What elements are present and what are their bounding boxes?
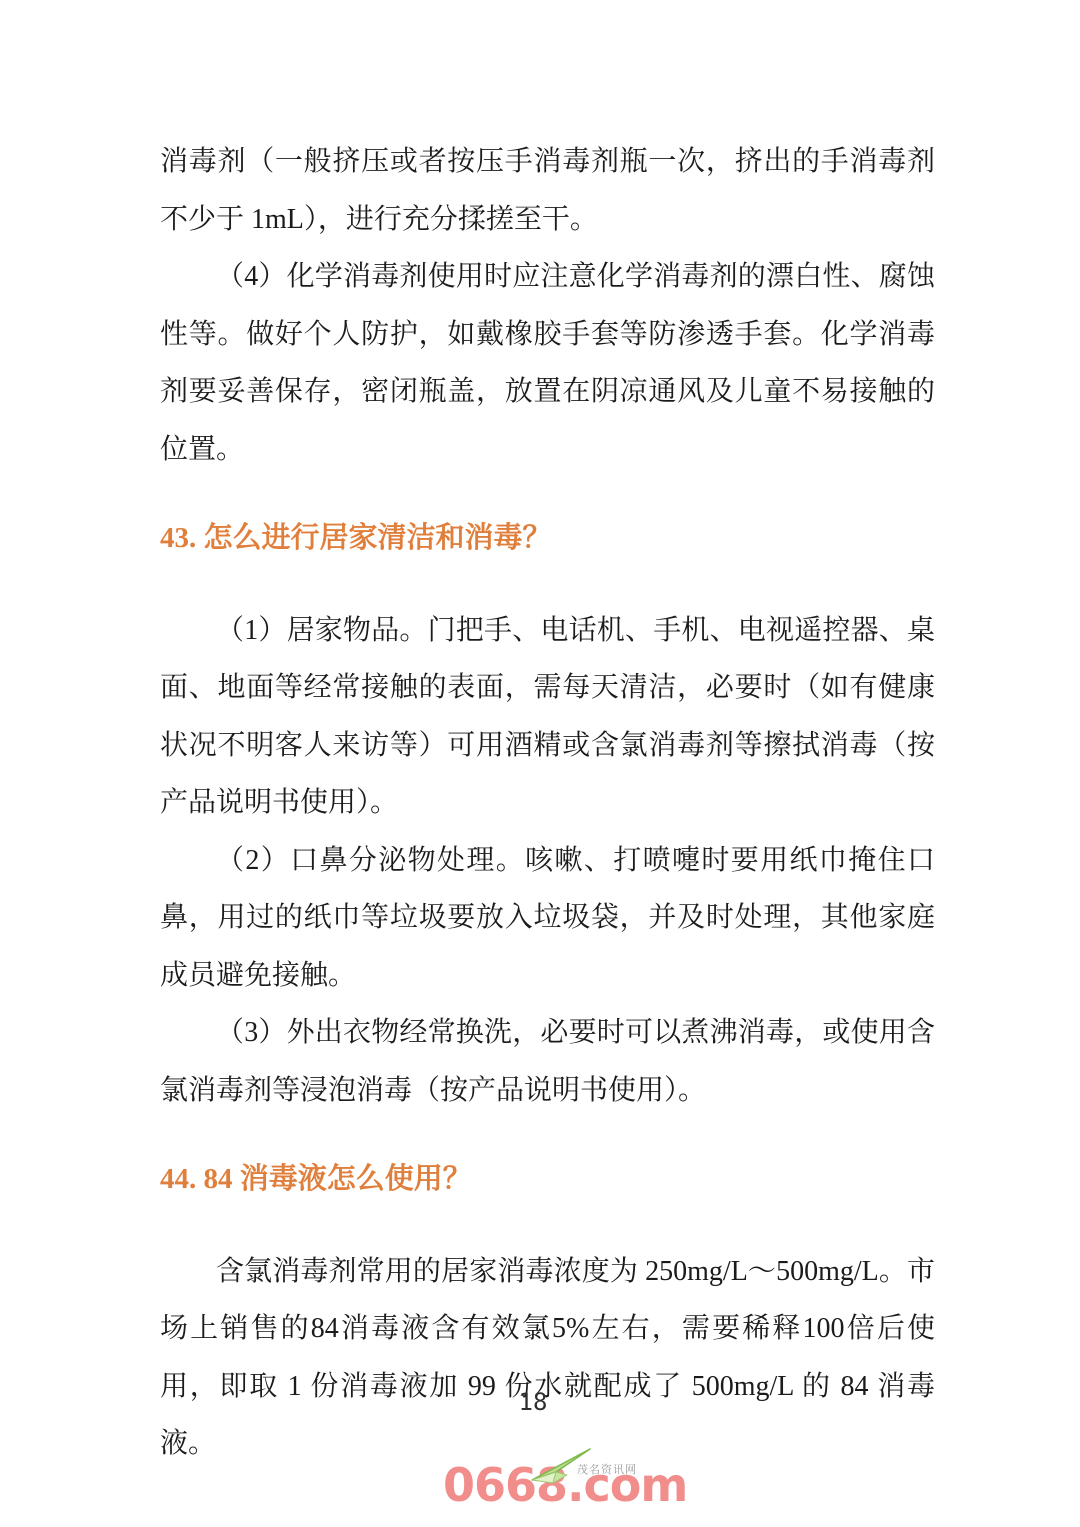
page-number: 18 [0, 1388, 1066, 1416]
body-paragraph: （2）口鼻分泌物处理。咳嗽、打喷嚏时要用纸巾掩住口鼻，用过的纸巾等垃圾要放入垃圾… [160, 832, 935, 1005]
body-paragraph: （1）居家物品。门把手、电话机、手机、电视遥控器、桌面、地面等经常接触的表面，需… [160, 602, 935, 832]
watermark-tagline: 茂名资讯网 [577, 1461, 637, 1477]
site-watermark: 0668.com 茂名资讯网 [443, 1446, 693, 1516]
page-body: 消毒剂（一般挤压或者按压手消毒剂瓶一次，挤出的手消毒剂不少于 1mL），进行充分… [0, 0, 1080, 1473]
body-paragraph: 消毒剂（一般挤压或者按压手消毒剂瓶一次，挤出的手消毒剂不少于 1mL），进行充分… [160, 133, 935, 248]
body-paragraph: （4）化学消毒剂使用时应注意化学消毒剂的漂白性、腐蚀性等。做好个人防护，如戴橡胶… [160, 248, 935, 478]
body-paragraph: （3）外出衣物经常换洗，必要时可以煮沸消毒，或使用含氯消毒剂等浸泡消毒（按产品说… [160, 1004, 935, 1119]
document-page: 消毒剂（一般挤压或者按压手消毒剂瓶一次，挤出的手消毒剂不少于 1mL），进行充分… [0, 0, 1080, 1527]
question-heading-44: 44. 84 消毒液怎么使用？ [160, 1151, 935, 1209]
question-heading-43: 43. 怎么进行居家清洁和消毒？ [160, 510, 935, 568]
body-paragraph: 含氯消毒剂常用的居家消毒浓度为 250mg/L～500mg/L。市场上销售的84… [160, 1243, 935, 1473]
